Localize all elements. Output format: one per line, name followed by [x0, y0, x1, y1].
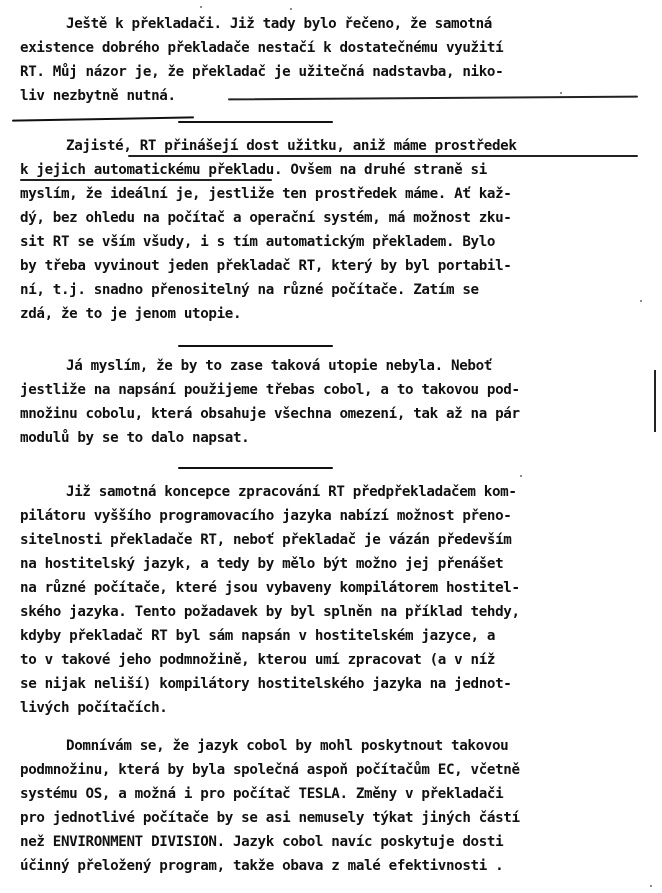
paragraph-4-line-9: se nijak neliší) kompilátory hostitelské… — [20, 672, 512, 696]
paragraph-5-line-5: než ENVIRONMENT DIVISION. Jazyk cobol na… — [20, 830, 503, 854]
paragraph-4-line-3: sitelnosti překladače RT, neboť překlada… — [20, 528, 512, 552]
paragraph-5-line-2: podmnožinu, která by byla společná aspoň… — [20, 758, 520, 782]
paragraph-4-line-7: kdyby překladač RT byl sám napsán v host… — [20, 624, 495, 648]
paragraph-4-line-8: to v takové jeho podmnožině, kterou umí … — [20, 648, 495, 672]
paragraph-1-line-4: liv nezbytně nutná. — [20, 84, 176, 108]
scan-noise — [560, 92, 562, 94]
margin-mark — [654, 370, 656, 432]
paragraph-2-line-4: dý, bez ohledu na počítač a operační sys… — [20, 206, 512, 230]
handwritten-underline — [228, 96, 638, 100]
handwritten-underline — [128, 155, 638, 157]
paragraph-3-line-3: množinu cobolu, která obsahuje všechna o… — [20, 402, 520, 426]
separator-line — [178, 467, 333, 469]
paragraph-1-line-1: Ještě k překladači. Již tady bylo řečeno… — [66, 12, 492, 36]
handwritten-underline — [20, 179, 272, 181]
paragraph-2-line-3: myslím, že ideální je, jestliže ten pros… — [20, 182, 512, 206]
paragraph-4-line-4: na hostitelský jazyk, a tedy by mělo být… — [20, 552, 503, 576]
paragraph-4-line-2: pilátoru vyššího programovacího jazyka n… — [20, 504, 512, 528]
paragraph-5-line-6: účinný přeložený program, takže obava z … — [20, 854, 503, 878]
separator-line — [178, 345, 333, 347]
paragraph-2-line-7: ní, t.j. snadno přenositelný na různé po… — [20, 278, 479, 302]
scan-noise — [640, 300, 642, 302]
scan-noise — [520, 475, 522, 477]
paragraph-1-line-2: existence dobrého překladače nestačí k d… — [20, 36, 503, 60]
paragraph-4-line-1: Již samotná koncepce zpracování RT předp… — [66, 480, 517, 504]
separator-line — [178, 121, 333, 123]
scan-noise — [200, 6, 202, 8]
scan-noise — [650, 885, 652, 887]
paragraph-2-line-8: zdá, že to je jenom utopie. — [20, 302, 241, 326]
scan-noise — [290, 8, 292, 10]
paragraph-5-line-3: systému OS, a možná i pro počítač TESLA.… — [20, 782, 503, 806]
paragraph-5-line-1: Domnívám se, že jazyk cobol by mohl posk… — [66, 734, 508, 758]
paragraph-3-line-4: modulů by se to dalo napsat. — [20, 426, 249, 450]
paragraph-4-line-6: ského jazyka. Tento požadavek by byl spl… — [20, 600, 520, 624]
paragraph-5-line-4: pro jednotlivé počítače by se asi nemuse… — [20, 806, 520, 830]
separator-line — [12, 116, 194, 121]
paragraph-3-line-1: Já myslím, že by to zase taková utopie n… — [66, 354, 492, 378]
paragraph-4-line-10: livých počítačích. — [20, 696, 167, 720]
paragraph-1-line-3: RT. Můj názor je, že překladač je užiteč… — [20, 60, 503, 84]
paragraph-3-line-2: jestliže na napsání použijeme třebas cob… — [20, 378, 520, 402]
scanned-typewritten-page: Ještě k překladači. Již tady bylo řečeno… — [0, 0, 662, 893]
paragraph-2-line-5: sit RT se vším všudy, i s tím automatick… — [20, 230, 495, 254]
paragraph-4-line-5: na různé počítače, které jsou vybaveny k… — [20, 576, 520, 600]
paragraph-2-line-6: by třeba vyvinout jeden překladač RT, kt… — [20, 254, 512, 278]
